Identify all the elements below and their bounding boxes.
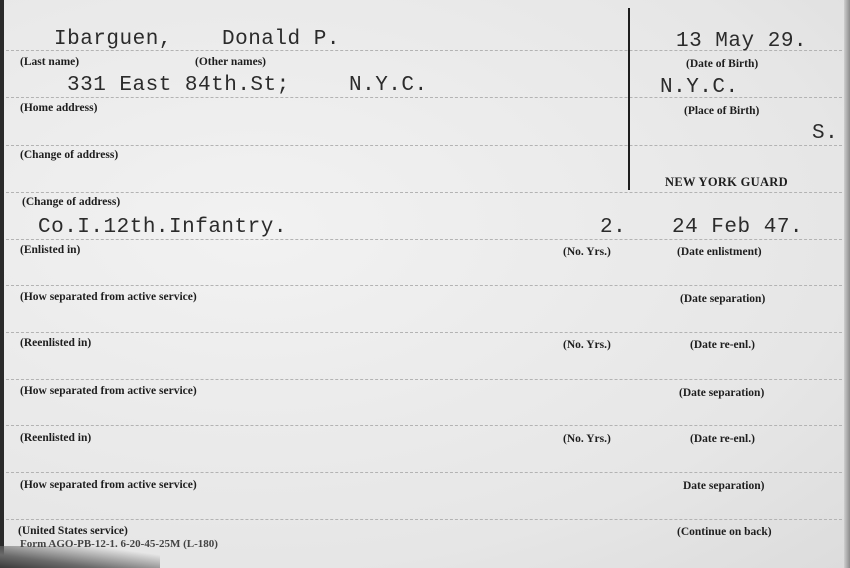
change-of-address-label-1: (Change of address): [20, 149, 118, 161]
reenlisted-label-2: (Reenlisted in): [20, 432, 91, 444]
last-name-value: Ibarguen,: [54, 28, 172, 51]
vertical-divider: [628, 8, 630, 190]
enlisted-years-label: (No. Yrs.): [563, 246, 611, 258]
home-city-value: N.Y.C.: [349, 74, 428, 97]
card-left-edge: [0, 0, 4, 568]
date-separation-label-1: (Date separation): [680, 293, 765, 305]
ruled-line: [6, 519, 842, 520]
other-names-label: (Other names): [195, 56, 266, 68]
separation-label-2: (How separated from active service): [20, 385, 197, 397]
index-card: Ibarguen, Donald P. 13 May 29. (Last nam…: [0, 0, 850, 568]
enlisted-years-value: 2.: [600, 216, 626, 239]
date-of-birth-label: (Date of Birth): [686, 58, 758, 70]
ruled-line: [6, 285, 842, 286]
organization-heading: NEW YORK GUARD: [665, 175, 788, 190]
reenlisted-years-label-1: (No. Yrs.): [563, 339, 611, 351]
home-address-label: (Home address): [20, 102, 97, 114]
reenlisted-label-1: (Reenlisted in): [20, 337, 91, 349]
change-of-address-label-2: (Change of address): [22, 196, 120, 208]
date-separation-label-2: (Date separation): [679, 387, 764, 399]
date-reenl-label-2: (Date re-enl.): [690, 433, 755, 445]
date-of-birth-value: 13 May 29.: [676, 30, 807, 53]
separation-label-3: (How separated from active service): [20, 479, 197, 491]
date-separation-label-3: Date separation): [683, 480, 764, 492]
card-right-edge: [844, 0, 850, 568]
ruled-line: [6, 192, 842, 193]
place-of-birth-label: (Place of Birth): [684, 105, 759, 117]
form-number: Form AGO-PB-12-1. 6-20-45-25M (L-180): [20, 538, 218, 550]
last-name-label: (Last name): [20, 56, 79, 68]
ruled-line: [6, 425, 842, 426]
home-address-value: 331 East 84th.St;: [67, 74, 290, 97]
date-reenl-label-1: (Date re-enl.): [690, 339, 755, 351]
race-mark-value: S.: [812, 122, 838, 145]
separation-label-1: (How separated from active service): [20, 291, 197, 303]
enlisted-in-label: (Enlisted in): [20, 244, 80, 256]
enlisted-in-value: Co.I.12th.Infantry.: [38, 216, 287, 239]
us-service-label: (United States service): [18, 525, 128, 537]
ruled-line: [6, 239, 842, 240]
other-names-value: Donald P.: [222, 28, 340, 51]
ruled-line: [6, 332, 842, 333]
date-enlistment-label: (Date enlistment): [677, 246, 762, 258]
date-enlistment-value: 24 Feb 47.: [672, 216, 803, 239]
ruled-line: [6, 379, 842, 380]
continue-on-back-note: (Continue on back): [677, 526, 772, 538]
ruled-line: [6, 472, 842, 473]
place-of-birth-value: N.Y.C.: [660, 76, 739, 99]
reenlisted-years-label-2: (No. Yrs.): [563, 433, 611, 445]
ruled-line: [6, 145, 842, 146]
